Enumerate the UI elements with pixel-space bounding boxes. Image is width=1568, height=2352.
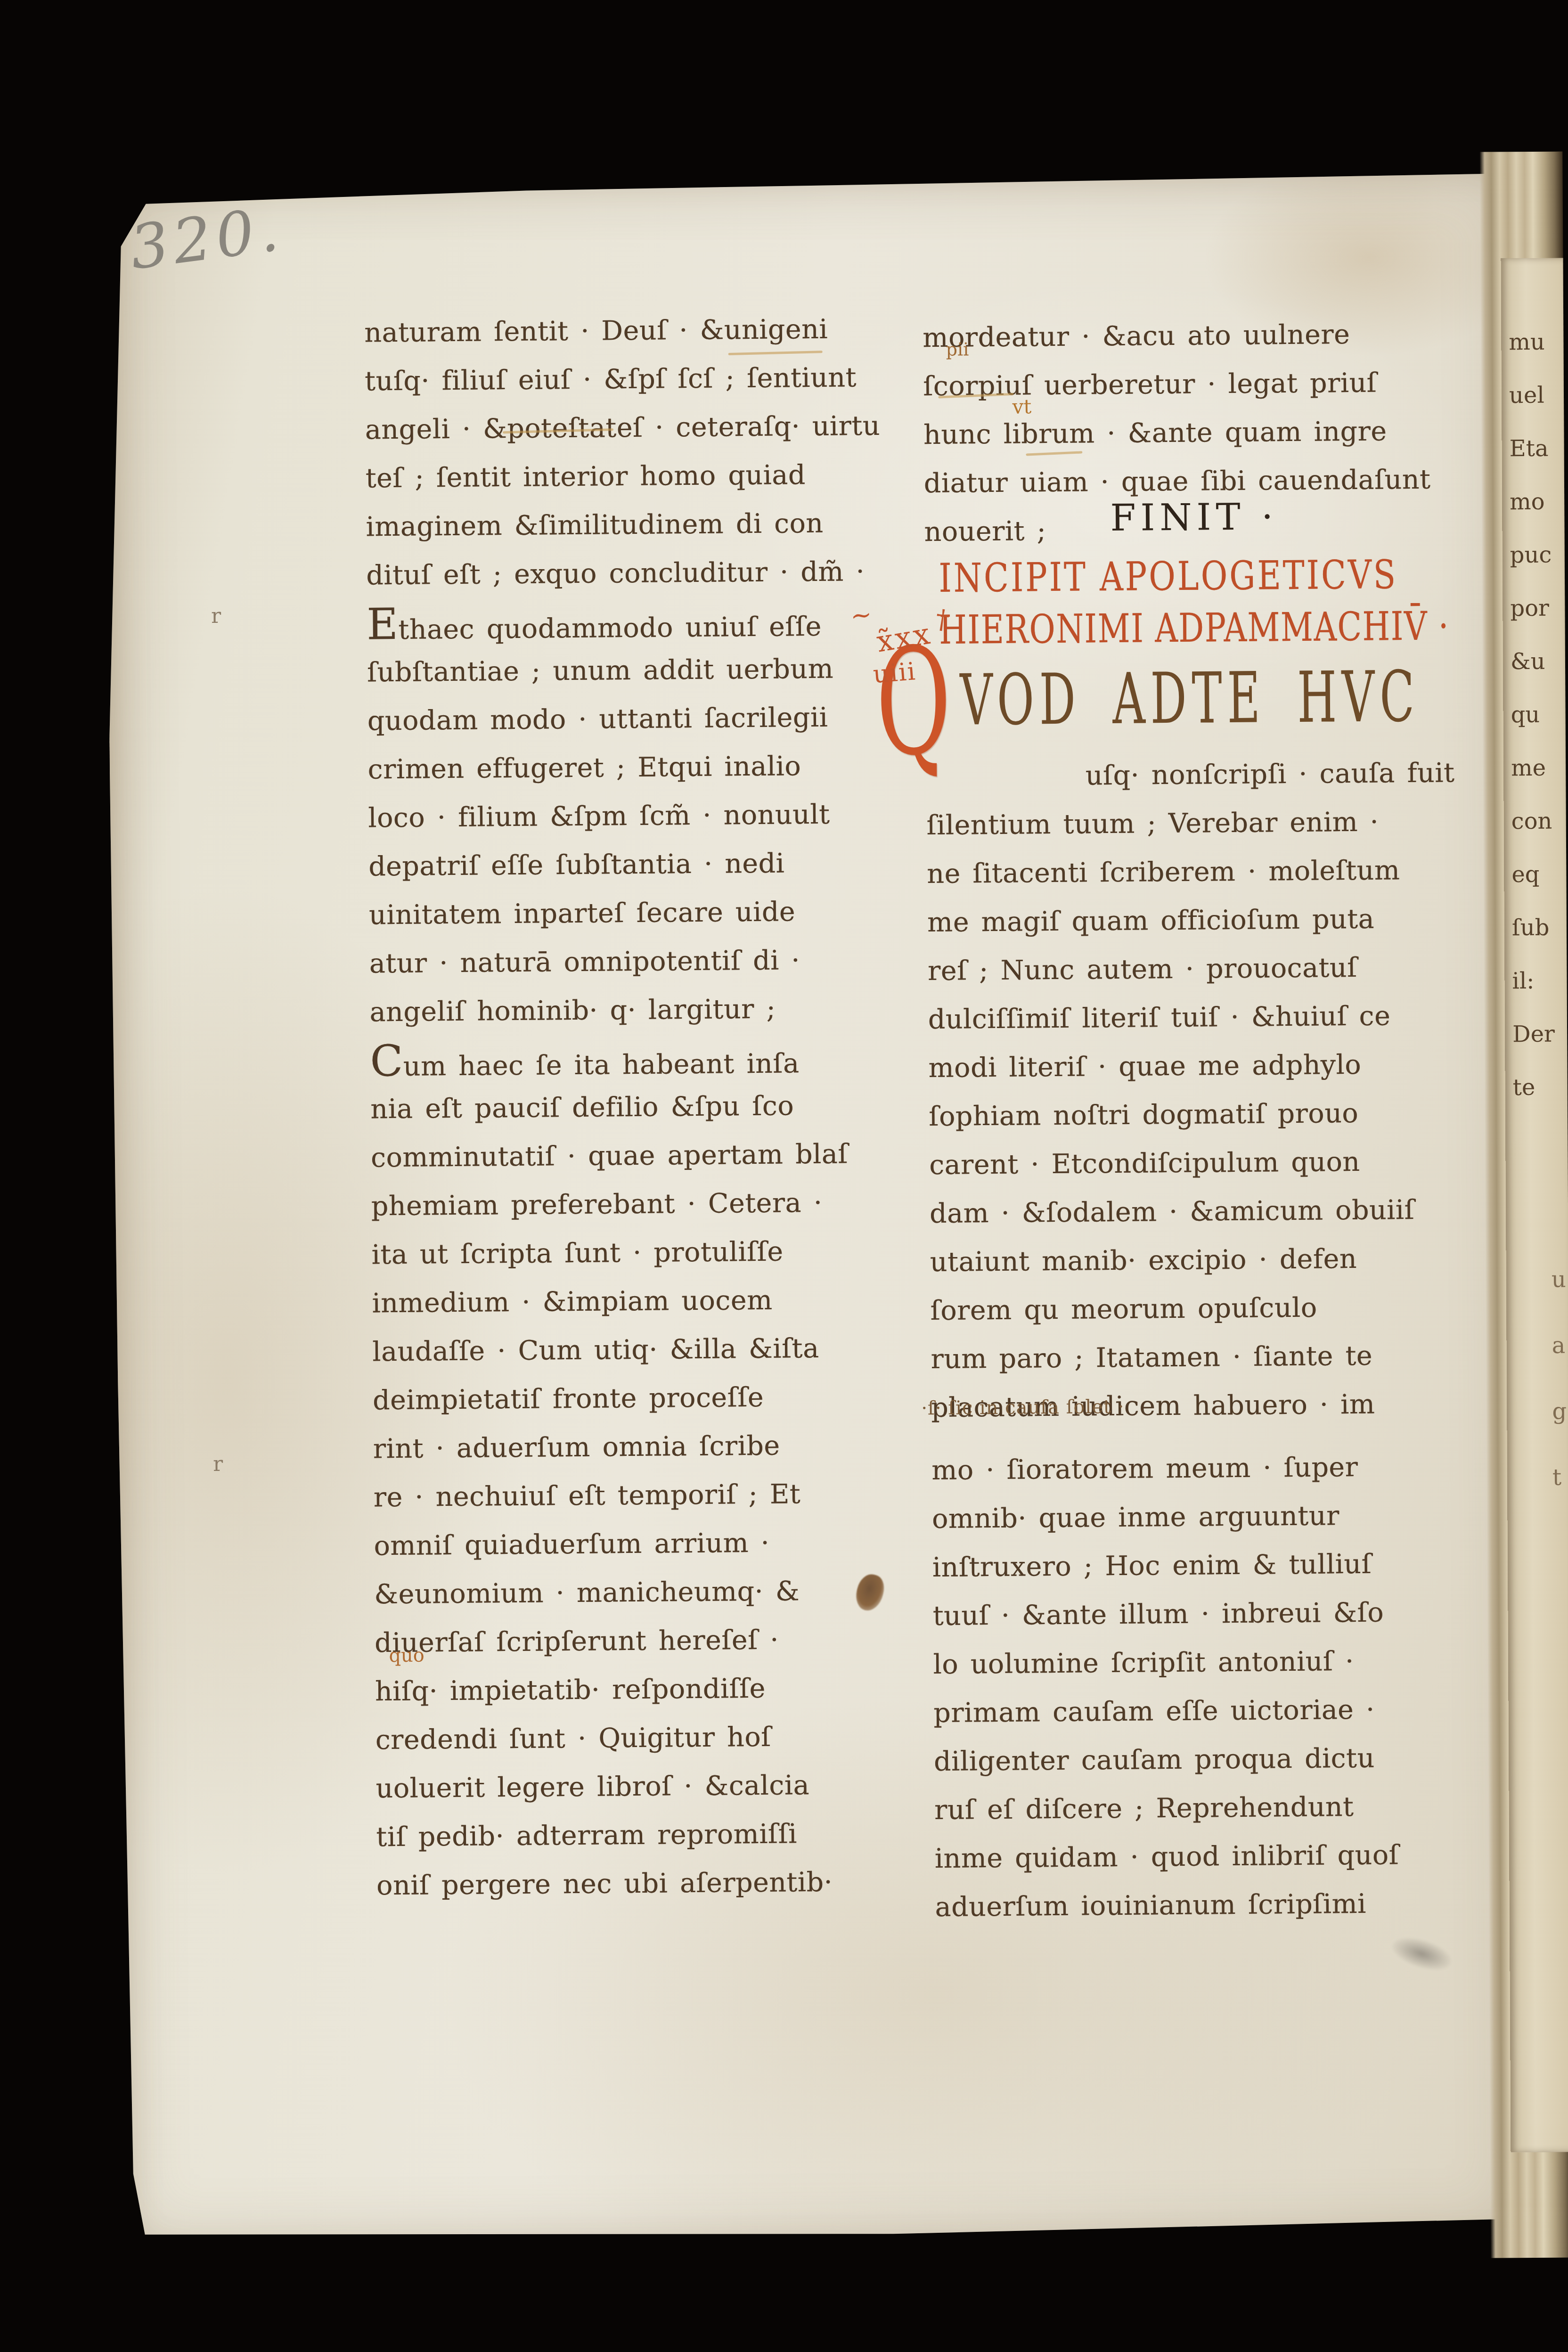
next-page-text-fragment: qu <box>1511 702 1540 728</box>
finit-caps: FINIT · <box>1110 496 1278 539</box>
text-line: inmedium · &impiam uocem <box>372 1275 928 1328</box>
text-line: angeli · &poteſtateſ · ceteraſq· uirtu <box>365 401 922 454</box>
rubric-incipit-line1: INCIPIT APOLOGETICVS <box>939 551 1397 601</box>
display-capitals: VOD ADTE HVC <box>960 656 1420 741</box>
text-line: rint · aduerſum omnia ſcribe <box>373 1421 930 1473</box>
text-line: modi literiſ · quae me adphylo <box>928 1039 1536 1093</box>
next-page-text-fragment: con <box>1511 808 1552 834</box>
next-page-text-fragment: puc <box>1510 542 1552 568</box>
next-page-edge: muuelEtamopucpor&uqumeconeqſubil:Derteua… <box>1501 258 1568 2153</box>
interlinear-correction-quo: quo <box>389 1645 425 1667</box>
text-line: phemiam preferebant · Cetera · <box>371 1178 927 1231</box>
next-page-text-fragment: te <box>1513 1074 1535 1101</box>
left-text-column: naturam ſentit · Deuſ · &unigenituſq· fi… <box>364 304 933 1910</box>
text-line: me magiſ quam officioſum puta <box>927 894 1535 947</box>
text-line: utaiunt manib· excipio · defen <box>930 1233 1538 1287</box>
text-line: tuuſ · &ante illum · inbreui &ſo <box>932 1587 1541 1641</box>
text-line: angeliſ hominib· q· largitur ; <box>369 984 926 1037</box>
text-line: ne ſitacenti ſcriberem · moleſtum <box>927 845 1535 898</box>
text-line: teſ ; ſentit interior homo quiad <box>365 450 922 503</box>
text-line: mordeatur · &acu ato uulnere <box>923 309 1517 362</box>
manuscript-page: 320. naturam ſentit · Deuſ · &unigenituſ… <box>105 173 1525 2248</box>
text-line: ruſ eſ diſcere ; Reprehendunt <box>934 1781 1543 1835</box>
next-page-text-fragment: u <box>1552 1266 1566 1293</box>
next-page-text-fragment: uel <box>1509 382 1544 408</box>
next-page-text-fragment: eq <box>1511 861 1539 888</box>
interlinear-gloss: ·ſ· ſic in cauſa ſolet · <box>921 1396 1125 1419</box>
text-line: diligenter cauſam proqua dictu <box>934 1733 1542 1786</box>
quire-squiggle-mark: ~ <box>849 599 874 631</box>
next-page-text-fragment: t <box>1552 1464 1562 1491</box>
text-line: omnib· quae inme arguuntur <box>932 1490 1540 1543</box>
next-page-text-fragment: mo <box>1510 489 1545 515</box>
text-line: omniſ quiaduerſum arrium · <box>374 1518 930 1570</box>
margin-mark-lower: r <box>213 1452 223 1476</box>
text-line: hiſq· impietatib· reſpondiſſe <box>375 1663 931 1716</box>
folio-number: 320. <box>126 194 287 284</box>
text-line: ſubſtantiae ; unum addit uerbum <box>367 644 923 697</box>
text-line: inme quidam · quod inlibriſ quoſ <box>934 1830 1543 1883</box>
text-line: crimen effugeret ; Etqui inalio <box>367 741 924 794</box>
text-line: ſorem qu meorum opuſculo <box>930 1282 1538 1335</box>
text-line: dulciſſimiſ literiſ tuiſ · &huiuſ ce <box>928 991 1536 1044</box>
text-line: rum paro ; Itatamen · ſiante te <box>931 1331 1539 1384</box>
quire-number-viii: uiii <box>872 657 917 689</box>
text-line: ſophiam noſtri dogmatiſ prouo <box>929 1088 1537 1141</box>
text-line: Ethaec quodammodo uniuſ eſſe <box>367 596 923 648</box>
text-line: naturam ſentit · Deuſ · &unigeni <box>364 304 921 357</box>
text-line: deimpietatiſ fronte proceſſe <box>373 1372 929 1425</box>
text-line: tuſq· filiuſ eiuſ · &ſpſ ſcſ ; ſentiunt <box>365 353 921 406</box>
text-line: re · nechuiuſ eſt temporiſ ; Et <box>373 1469 930 1522</box>
text-line: dituſ eſt ; exquo concluditur · dm̃ · <box>366 547 923 600</box>
next-page-text-fragment: Der <box>1512 1021 1555 1047</box>
next-page-text-fragment: &u <box>1511 648 1545 675</box>
text-line: nia eſt pauciſ defilio &ſpu ſco <box>370 1081 927 1134</box>
interlinear-correction-pii: pii <box>946 339 969 359</box>
text-line: oniſ pergere nec ubi aſerpentib· <box>376 1857 933 1910</box>
text-line: Cum haec ſe ita habeant inſa <box>370 1032 926 1085</box>
text-line: uoluerit legere libroſ · &calcia <box>376 1760 932 1813</box>
text-line: comminutatiſ · quae apertam blaſ <box>371 1129 927 1182</box>
next-page-text-fragment: ſub <box>1512 915 1550 941</box>
interlinear-correction-vt: vt <box>1012 395 1031 418</box>
next-page-text-fragment: por <box>1510 595 1549 621</box>
text-line: ſilentium tuum ; Verebar enim · <box>926 797 1535 850</box>
rubric-incipit-line2: HIERONIMI ADPAMMACHIV̄ · <box>939 603 1449 653</box>
text-line: diuerſaſ ſcripſerunt hereſeſ · <box>375 1615 931 1667</box>
text-line: laudaſſe · Cum utiq· &illa &iſta <box>372 1323 929 1376</box>
margin-mark-upper: r <box>211 604 221 628</box>
text-line: aduerſum iouinianum ſcripſimi <box>935 1878 1543 1932</box>
text-line: uſq· nonſcripſi · cauſa fuit <box>926 748 1534 801</box>
text-line: quodam modo · uttanti ſacrilegii <box>367 693 923 745</box>
text-line: depatriſ eſſe ſubſtantia · nedi <box>368 838 925 891</box>
book-fore-edge: muuelEtamopucpor&uqumeconeqſubil:Derteua… <box>1479 152 1568 2258</box>
smudge-stain <box>1388 1932 1455 1976</box>
next-page-text-fragment: mu <box>1509 329 1545 355</box>
text-line: ita ut ſcripta ſunt · protuliſſe <box>371 1226 928 1279</box>
text-line: atur · naturā omnipotentiſ di · <box>369 935 925 988</box>
text-line: carent · Etcondiſcipulum quon <box>929 1136 1537 1190</box>
next-page-text-fragment: g <box>1552 1398 1567 1425</box>
text-line: uinitatem inparteſ ſecare uide <box>369 887 925 939</box>
next-page-text-fragment: me <box>1511 755 1546 781</box>
text-line: mo · ſioratorem meum · ſuper <box>931 1442 1540 1495</box>
next-page-text-fragment: Eta <box>1509 435 1548 462</box>
manuscript-photo: 320. naturam ſentit · Deuſ · &unigenituſ… <box>0 0 1568 2352</box>
text-line: lo uolumine ſcripſit antoniuſ · <box>933 1636 1541 1689</box>
text-line: inſtruxero ; Hoc enim & tulliuſ <box>932 1539 1541 1592</box>
text-line: &eunomium · manicheumq· & <box>374 1566 931 1619</box>
text-line: primam cauſam eſſe uictoriae · <box>933 1684 1542 1738</box>
next-page-text-fragment: a <box>1552 1332 1565 1359</box>
text-line: credendi ſunt · Quigitur hoſ <box>375 1712 931 1764</box>
text-line: imaginem &ſimilitudinem di con <box>366 498 922 551</box>
next-page-text-fragment: il: <box>1512 968 1534 994</box>
text-line: reſ ; Nunc autem · prouocatuſ <box>928 942 1536 996</box>
text-line: dam · &ſodalem · &amicum obuiiſ <box>930 1185 1538 1238</box>
right-text-column-lower: uſq· nonſcripſi · cauſa fuitſilentium tu… <box>926 748 1543 1932</box>
text-line: loco · filium &ſpm ſcm̃ · nonuult <box>368 790 924 842</box>
text-line: tiſ pedib· adterram repromiſſi <box>376 1809 932 1862</box>
